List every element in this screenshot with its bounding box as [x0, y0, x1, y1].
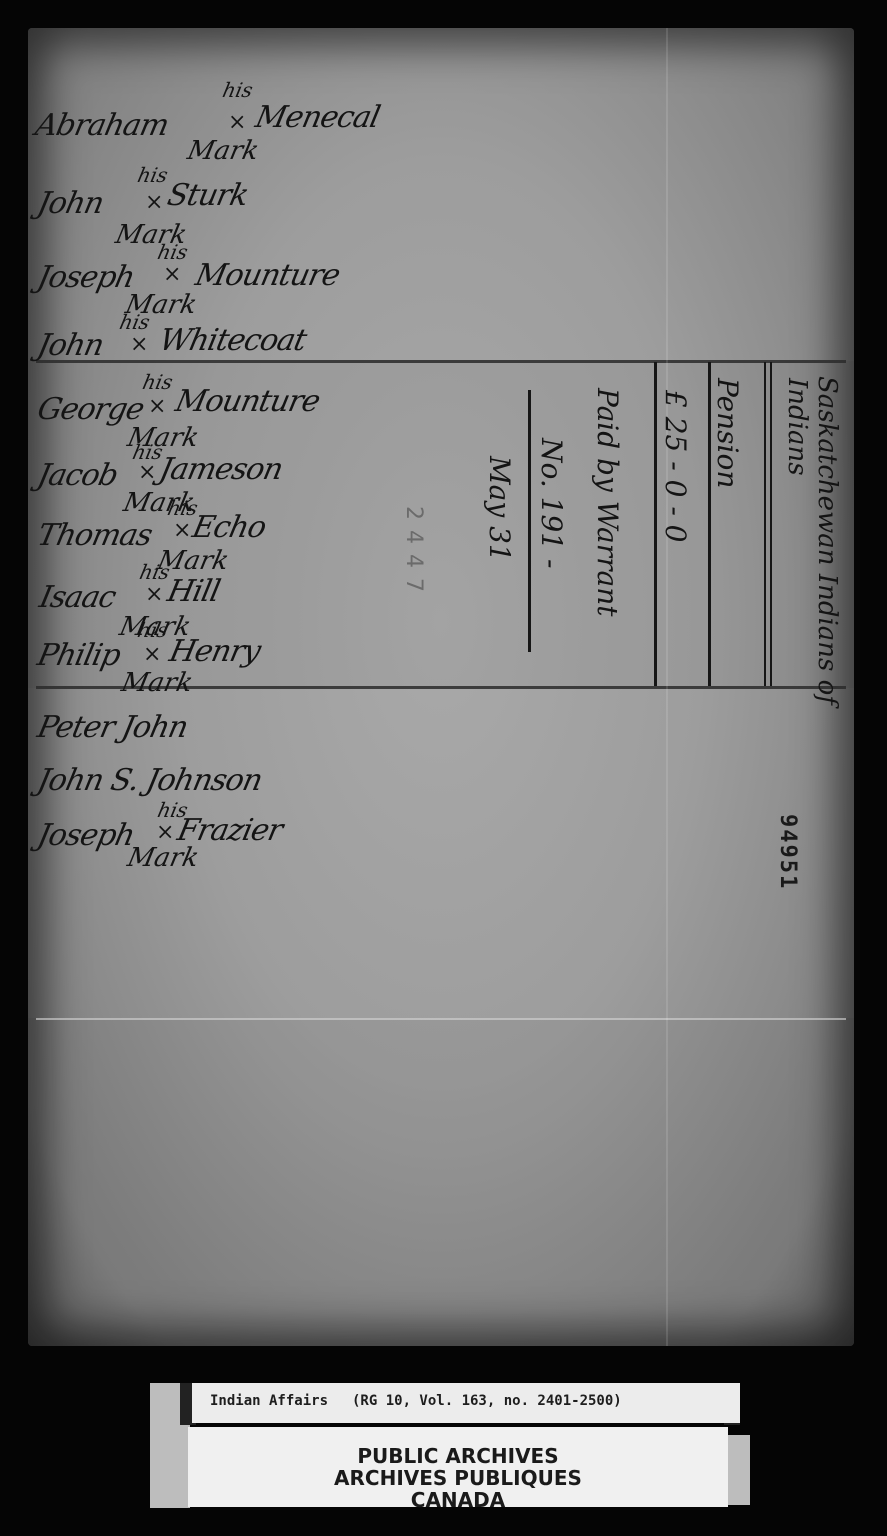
- label-edge: [728, 1435, 750, 1505]
- document-sheet: Abraham his × Menecal Mark John his × St…: [28, 28, 854, 1346]
- his-label: his: [135, 163, 170, 187]
- vertical-crease: [666, 28, 668, 1346]
- label-reference-row: Indian Affairs (RG 10, Vol. 163, no. 240…: [192, 1383, 740, 1423]
- x-mark: ×: [228, 110, 246, 135]
- docket-payment: Paid by Warrant: [591, 388, 624, 616]
- docket-rule: [764, 362, 766, 686]
- x-mark: ×: [156, 820, 174, 845]
- his-label: his: [117, 310, 152, 334]
- institution-fr: ARCHIVES PUBLIQUES: [188, 1467, 728, 1489]
- x-mark: ×: [148, 394, 166, 419]
- his-label: his: [220, 78, 255, 102]
- signer-surname: Mounture: [192, 258, 342, 293]
- docket-amount: £ 25 - 0 - 0: [659, 390, 692, 543]
- signer-first-name: Joseph: [34, 818, 137, 853]
- collection-name: Indian Affairs: [210, 1393, 328, 1409]
- archive-label: Indian Affairs (RG 10, Vol. 163, no. 240…: [150, 1375, 750, 1515]
- x-mark: ×: [145, 190, 163, 215]
- docket-subject-line2: Indians: [782, 378, 812, 476]
- docket-rule: [654, 362, 657, 686]
- signer-full-name: Peter John: [34, 710, 190, 745]
- archive-stamp-number: 94951: [775, 814, 800, 890]
- signer-first-name: Philip: [34, 638, 123, 673]
- mark-label: Mark: [125, 843, 202, 873]
- his-label: his: [137, 560, 172, 584]
- signer-surname: Hill: [164, 574, 222, 609]
- signer-first-name: John: [34, 186, 106, 221]
- docket-subject: Saskatchewan Indians of: [812, 376, 842, 705]
- fold-line: [36, 360, 846, 363]
- his-label: his: [140, 370, 175, 394]
- mark-label: Mark: [119, 668, 196, 698]
- signer-surname: Menecal: [252, 100, 382, 135]
- signer-surname: Jameson: [156, 452, 285, 487]
- docket-rule: [770, 362, 772, 686]
- signer-full-name: John S. Johnson: [34, 763, 265, 798]
- signer-first-name: John: [34, 328, 106, 363]
- mark-label: Mark: [185, 136, 262, 166]
- docket-warrant-number: No. 191 -: [535, 438, 568, 568]
- label-institution: PUBLIC ARCHIVES ARCHIVES PUBLIQUES CANAD…: [188, 1427, 728, 1507]
- institution-en: PUBLIC ARCHIVES: [188, 1445, 728, 1467]
- pencil-file-number: 2447: [401, 506, 426, 602]
- signer-surname: Sturk: [164, 178, 251, 213]
- x-mark: ×: [163, 262, 181, 287]
- his-label: his: [155, 240, 190, 264]
- x-mark: ×: [145, 582, 163, 607]
- x-mark: ×: [173, 518, 191, 543]
- signer-first-name: George: [34, 392, 147, 427]
- signer-surname: Mounture: [172, 384, 322, 419]
- signer-first-name: Joseph: [34, 260, 137, 295]
- signer-surname: Whitecoat: [156, 323, 309, 358]
- x-mark: ×: [138, 460, 156, 485]
- docket-rule: [528, 390, 531, 652]
- signer-first-name: Jacob: [34, 458, 120, 493]
- x-mark: ×: [130, 332, 148, 357]
- x-mark: ×: [143, 642, 161, 667]
- signer-first-name: Isaac: [36, 580, 118, 615]
- signer-surname: Echo: [189, 510, 269, 545]
- signer-surname: Henry: [166, 634, 263, 669]
- signer-first-name: Thomas: [34, 518, 155, 553]
- his-label: his: [135, 618, 170, 642]
- panel-bottom: [28, 1018, 854, 1346]
- docket-type: Pension: [711, 378, 744, 488]
- docket-date: May 31: [483, 456, 516, 562]
- collection-reference: (RG 10, Vol. 163, no. 2401-2500): [352, 1393, 622, 1409]
- institution-country: CANADA: [188, 1489, 728, 1511]
- fold-line: [36, 1018, 846, 1020]
- signer-first-name: Abraham: [32, 108, 171, 143]
